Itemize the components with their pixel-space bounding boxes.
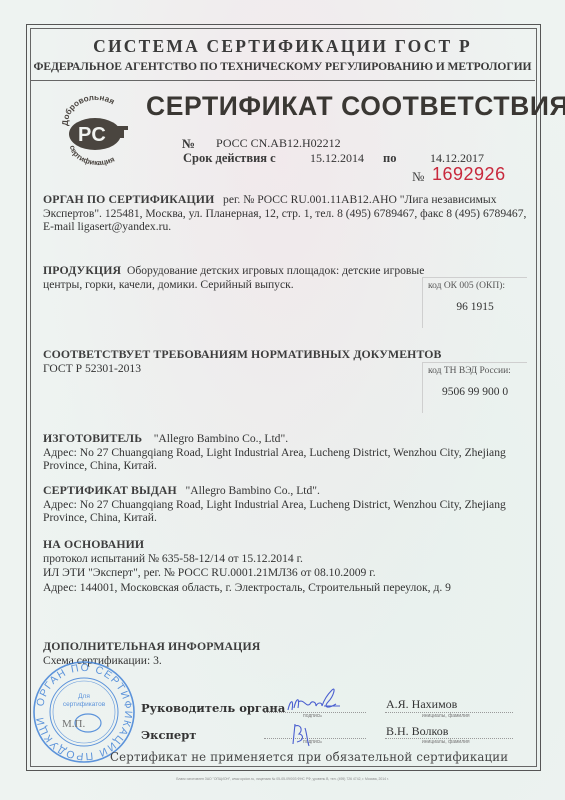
svg-text:сертификатов: сертификатов (63, 701, 106, 708)
head-name-caption: инициалы, фамилия (422, 713, 470, 719)
tnved-code-value: 9506 99 900 0 (423, 386, 527, 398)
expert-name: В.Н. Волков (386, 724, 448, 739)
manufacturer-label: ИЗГОТОВИТЕЛЬ (43, 431, 142, 445)
certification-body-line1: рег. № РОСС RU.001.11AB12.АНО "Лига неза… (223, 193, 496, 206)
seal-stamp-icon: ОРГАН ПО СЕРТИФИКАЦИИ ПРОДУКЦИИ Для серт… (32, 660, 136, 764)
certification-body-label: ОРГАН ПО СЕРТИФИКАЦИИ (43, 192, 214, 206)
manufacturer-address1: Адрес: No 27 Chuangqiang Road, Light Ind… (43, 446, 523, 460)
okp-code-value: 96 1915 (423, 301, 527, 313)
form-printer-note: Бланк изготовлен ЗАО "ОПЦИОН", www.opcio… (0, 777, 565, 781)
basis-line2: ИЛ ЭТИ "Эксперт", рег. № РОСС RU.0001.21… (43, 566, 523, 581)
rst-logo-icon: Добровольная PC сертификация (60, 96, 130, 168)
expert-label: Эксперт (141, 728, 196, 742)
expert-name-caption: инициалы, фамилия (422, 739, 470, 745)
expert-signature-scribble-icon (285, 718, 315, 750)
issued-to-section: СЕРТИФИКАТ ВЫДАН "Allegro Bambino Co., L… (43, 484, 523, 525)
valid-from-date: 15.12.2014 (310, 151, 364, 166)
validity-label: Срок действия с (183, 151, 276, 166)
conformity-label: СООТВЕТСТВУЕТ ТРЕБОВАНИЯМ НОРМАТИВНЫХ ДО… (43, 348, 523, 362)
tnved-code-box: код ТН ВЭД России: 9506 99 900 0 (422, 362, 527, 413)
svg-text:М.П.: М.П. (62, 718, 85, 730)
basis-line3: Адрес: 144001, Московская область, г. Эл… (43, 581, 523, 596)
okp-code-label: код ОК 005 (ОКП): (428, 281, 505, 291)
number-sign: № (182, 136, 195, 152)
basis-label: НА ОСНОВАНИИ (43, 537, 523, 552)
valid-to-label: по (383, 151, 396, 166)
manufacturer-name: "Allegro Bambino Co., Ltd". (154, 432, 288, 445)
basis-line1: протокол испытаний № 635-58-12/14 от 15.… (43, 552, 523, 567)
certification-body-email: E-mail ligasert@yandex.ru. (43, 220, 523, 234)
product-line2: центры, горки, качели, домики. Серийный … (43, 278, 413, 292)
agency-name: ФЕДЕРАЛЬНОЕ АГЕНТСТВО ПО ТЕХНИЧЕСКОМУ РЕ… (30, 60, 535, 73)
issued-to-address1: Адрес: No 27 Chuangqiang Road, Light Ind… (43, 498, 523, 512)
head-signature-scribble-icon (280, 680, 350, 720)
product-line1: Оборудование детских игровых площадок: д… (127, 264, 424, 277)
header-divider (31, 80, 535, 81)
manufacturer-section: ИЗГОТОВИТЕЛЬ "Allegro Bambino Co., Ltd".… (43, 432, 523, 473)
serial-number-sign: № (412, 169, 424, 185)
issued-to-name: "Allegro Bambino Co., Ltd". (186, 484, 320, 497)
head-of-body-name: А.Я. Нахимов (386, 697, 457, 712)
system-title: СИСТЕМА СЕРТИФИКАЦИИ ГОСТ Р (30, 36, 535, 57)
product-label: ПРОДУКЦИЯ (43, 263, 121, 277)
voluntary-certification-disclaimer: Сертификат не применяется при обязательн… (110, 750, 508, 764)
product-section: ПРОДУКЦИЯ Оборудование детских игровых п… (43, 264, 413, 291)
manufacturer-address2: Province, China, Китай. (43, 459, 523, 473)
certification-body-section: ОРГАН ПО СЕРТИФИКАЦИИ рег. № РОСС RU.001… (43, 193, 523, 234)
serial-number: 1692926 (432, 164, 506, 185)
issued-to-label: СЕРТИФИКАТ ВЫДАН (43, 483, 177, 497)
issued-to-address2: Province, China, Китай. (43, 511, 523, 525)
svg-text:Для: Для (78, 693, 90, 700)
svg-text:PC: PC (78, 124, 106, 146)
registration-number: РОСС CN.AB12.H02212 (216, 136, 341, 151)
tnved-code-label: код ТН ВЭД России: (428, 366, 511, 376)
okp-code-box: код ОК 005 (ОКП): 96 1915 (422, 277, 527, 328)
certification-body-line2: Экспертов". 125481, Москва, ул. Планерна… (43, 207, 523, 221)
certificate-title: СЕРТИФИКАТ СООТВЕТСТВИЯ (146, 91, 565, 122)
basis-section: НА ОСНОВАНИИ протокол испытаний № 635-58… (43, 537, 523, 595)
additional-info-label: ДОПОЛНИТЕЛЬНАЯ ИНФОРМАЦИЯ (43, 640, 523, 654)
